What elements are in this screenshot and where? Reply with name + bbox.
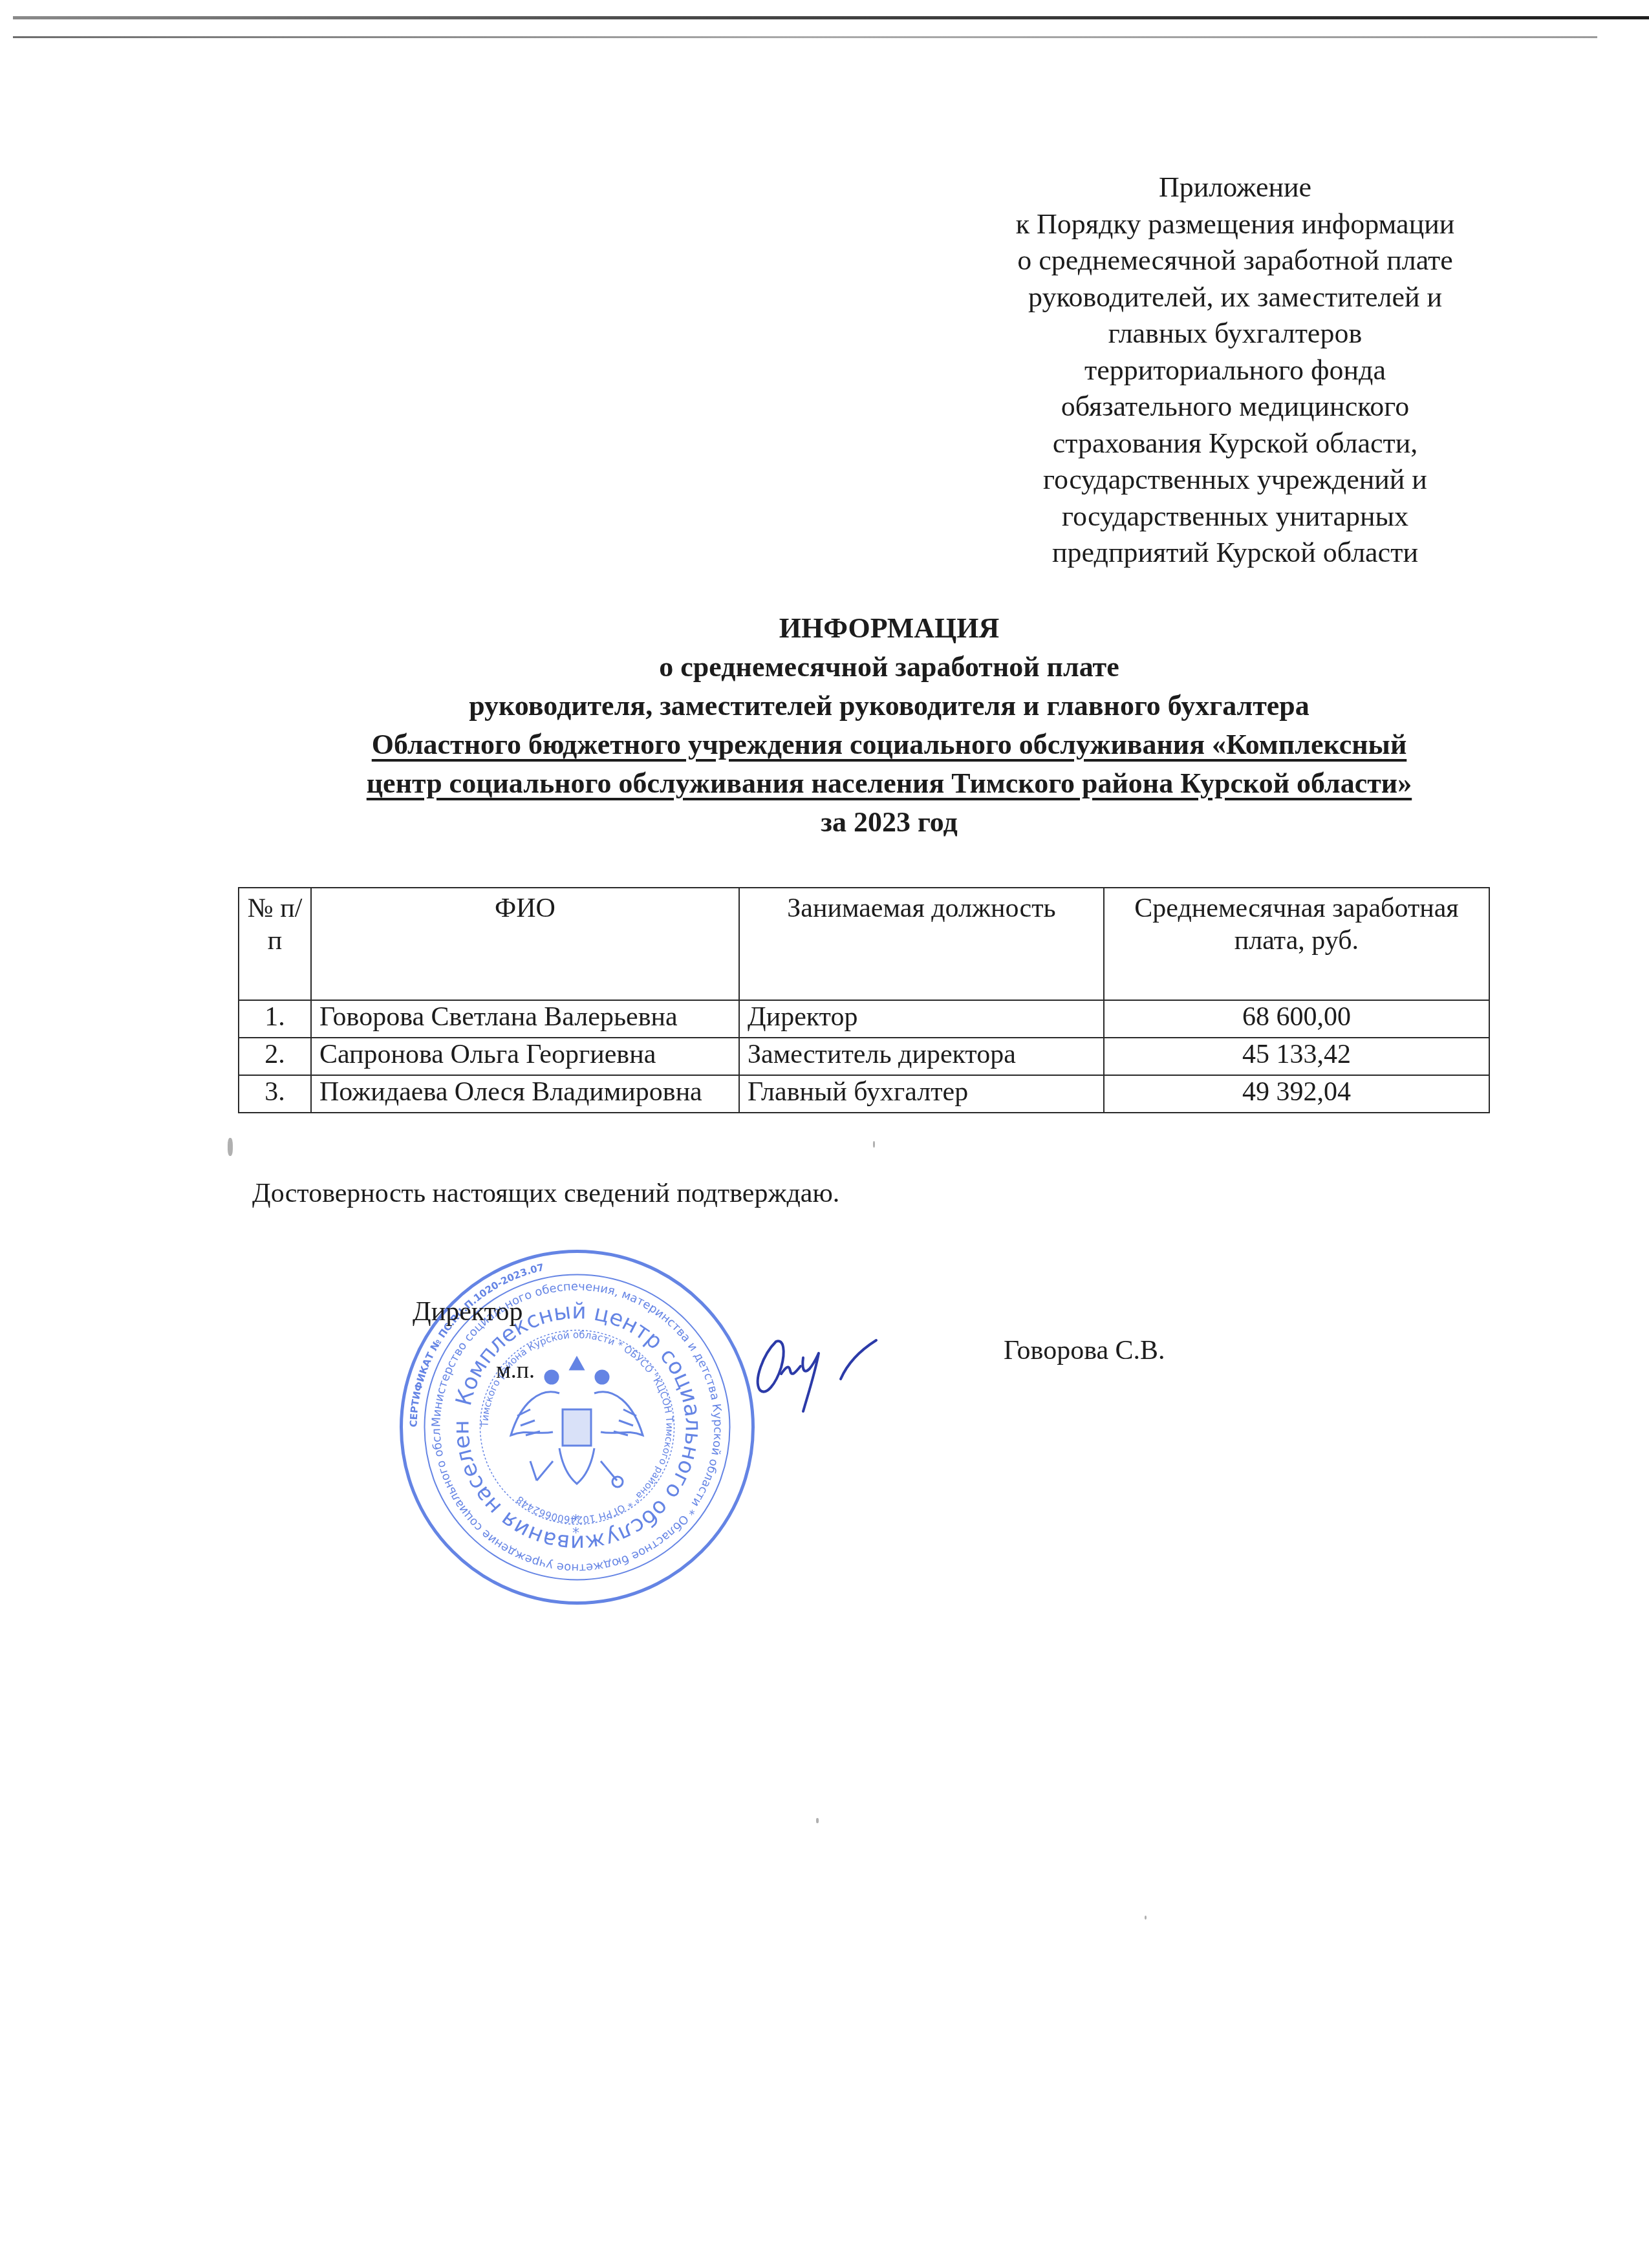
employee-position: Заместитель директора <box>739 1038 1104 1075</box>
title-line: руководителя, заместителей руководителя … <box>194 687 1584 725</box>
table-row: 3. Пожидаева Олеся Владимировна Главный … <box>239 1075 1489 1113</box>
column-header-salary: Среднемесячная заработная плата, руб. <box>1104 888 1489 1000</box>
table-row: 2. Сапронова Ольга Георгиевна Заместител… <box>239 1038 1489 1075</box>
table-row: 1. Говорова Светлана Валерьевна Директор… <box>239 1000 1489 1038</box>
title-period: за 2023 год <box>194 803 1584 842</box>
appendix-line: предприятий Курской области <box>957 535 1513 572</box>
scan-edge-line <box>13 16 1649 19</box>
employee-salary: 49 392,04 <box>1104 1075 1489 1113</box>
appendix-line: государственных учреждений и <box>957 462 1513 498</box>
employee-name: Говорова Светлана Валерьевна <box>311 1000 739 1038</box>
employee-salary: 45 133,42 <box>1104 1038 1489 1075</box>
appendix-line: страхования Курской области, <box>957 425 1513 462</box>
signer-name: Говорова С.В. <box>1004 1335 1165 1366</box>
title-heading: ИНФОРМАЦИЯ <box>194 609 1584 648</box>
salary-table: № п/п ФИО Занимаемая должность Среднемес… <box>238 887 1490 1113</box>
employee-name: Пожидаева Олеся Владимировна <box>311 1075 739 1113</box>
column-header-position: Занимаемая должность <box>739 888 1104 1000</box>
appendix-line: Приложение <box>957 169 1513 206</box>
appendix-line: государственных унитарных <box>957 498 1513 535</box>
row-number: 2. <box>239 1038 311 1075</box>
appendix-line: обязательного медицинского <box>957 389 1513 425</box>
row-number: 3. <box>239 1075 311 1113</box>
appendix-line: о среднемесячной заработной плате <box>957 242 1513 279</box>
appendix-line: руководителей, их заместителей и <box>957 279 1513 316</box>
scan-artifact <box>816 1818 819 1823</box>
appendix-line: к Порядку размещения информации <box>957 206 1513 243</box>
handwritten-signature-icon <box>750 1329 905 1419</box>
column-header-name: ФИО <box>311 888 739 1000</box>
seal-place-mark: м.п. <box>496 1356 535 1384</box>
scan-artifact <box>1145 1916 1147 1920</box>
appendix-header: Приложение к Порядку размещения информац… <box>957 169 1513 572</box>
scan-edge-line-2 <box>13 36 1597 38</box>
appendix-line: территориального фонда <box>957 352 1513 389</box>
appendix-line: главных бухгалтеров <box>957 316 1513 352</box>
scan-artifact <box>228 1138 233 1156</box>
table-header-row: № п/п ФИО Занимаемая должность Среднемес… <box>239 888 1489 1000</box>
organization-name-line: центр социального обслуживания населения… <box>194 764 1584 803</box>
document-title: ИНФОРМАЦИЯ о среднемесячной заработной п… <box>194 609 1584 842</box>
title-line: о среднемесячной заработной плате <box>194 648 1584 687</box>
signer-role: Директор <box>413 1296 523 1327</box>
svg-text:*: * <box>572 1525 579 1541</box>
organization-name-line: Областного бюджетного учреждения социаль… <box>194 725 1584 764</box>
employee-position: Главный бухгалтер <box>739 1075 1104 1113</box>
confirmation-statement: Достоверность настоящих сведений подтвер… <box>252 1178 839 1209</box>
employee-salary: 68 600,00 <box>1104 1000 1489 1038</box>
scan-artifact <box>873 1141 875 1148</box>
employee-name: Сапронова Ольга Георгиевна <box>311 1038 739 1075</box>
column-header-number: № п/п <box>239 888 311 1000</box>
row-number: 1. <box>239 1000 311 1038</box>
employee-position: Директор <box>739 1000 1104 1038</box>
